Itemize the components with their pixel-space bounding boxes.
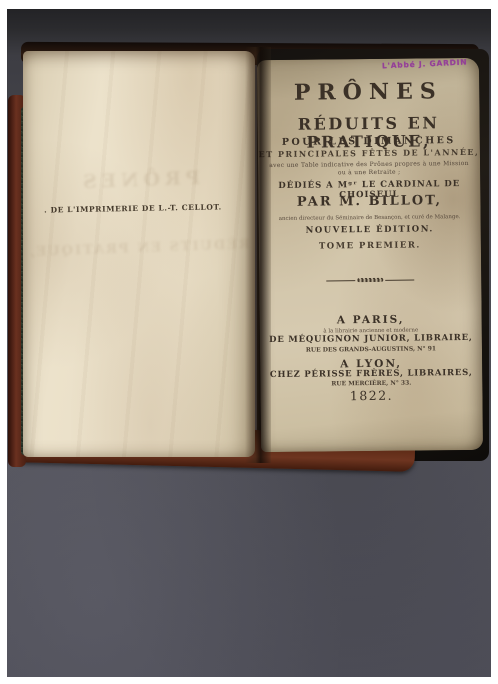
title-page: L'Abbé J. GARDIN PRÔNES RÉDUITS EN PRATI…: [257, 58, 483, 452]
printer-imprint: . DE L'IMPRIMERIE DE L.-T. CELLOT.: [23, 203, 243, 215]
tome-line: TOME PREMIER.: [259, 241, 481, 253]
ornament-divider: [326, 278, 414, 283]
left-page: PRÔNES RÉDUITS EN PRATIQUE, . DE L'IMPRI…: [23, 51, 255, 457]
ornament-knot: [357, 278, 383, 282]
paris-address: RUE DES GRANDS-AUGUSTINS, N° 91: [260, 346, 482, 355]
author-note: ancien directeur du Séminaire de Besanço…: [259, 214, 481, 223]
paris-publisher: DE MÉQUIGNON JUNIOR, LIBRAIRE,: [260, 334, 482, 346]
year-line: 1822.: [260, 388, 482, 405]
ownership-stamp: L'Abbé J. GARDIN: [381, 57, 467, 70]
edition-line: NOUVELLE ÉDITION.: [259, 225, 481, 237]
photo-background: PRÔNES RÉDUITS EN PRATIQUE, . DE L'IMPRI…: [7, 9, 491, 677]
title-line-fetes: ET PRINCIPALES FÊTES DE L'ANNÉE,: [258, 148, 480, 160]
author-line: PAR M. BILLOT,: [258, 194, 480, 211]
paris-heading: A PARIS,: [260, 313, 482, 327]
book-title: PRÔNES: [257, 79, 479, 107]
book: PRÔNES RÉDUITS EN PRATIQUE, . DE L'IMPRI…: [7, 27, 485, 463]
table-note-line2: ou à une Retraite ;: [258, 169, 480, 178]
ornament-bar-left: [326, 280, 355, 281]
book-gutter-shadow: [245, 47, 271, 463]
show-through-subtitle-ghost: RÉDUITS EN PRATIQUE,: [23, 237, 255, 260]
ornament-bar-right: [385, 279, 414, 280]
show-through-title-ghost: PRÔNES: [23, 165, 256, 195]
